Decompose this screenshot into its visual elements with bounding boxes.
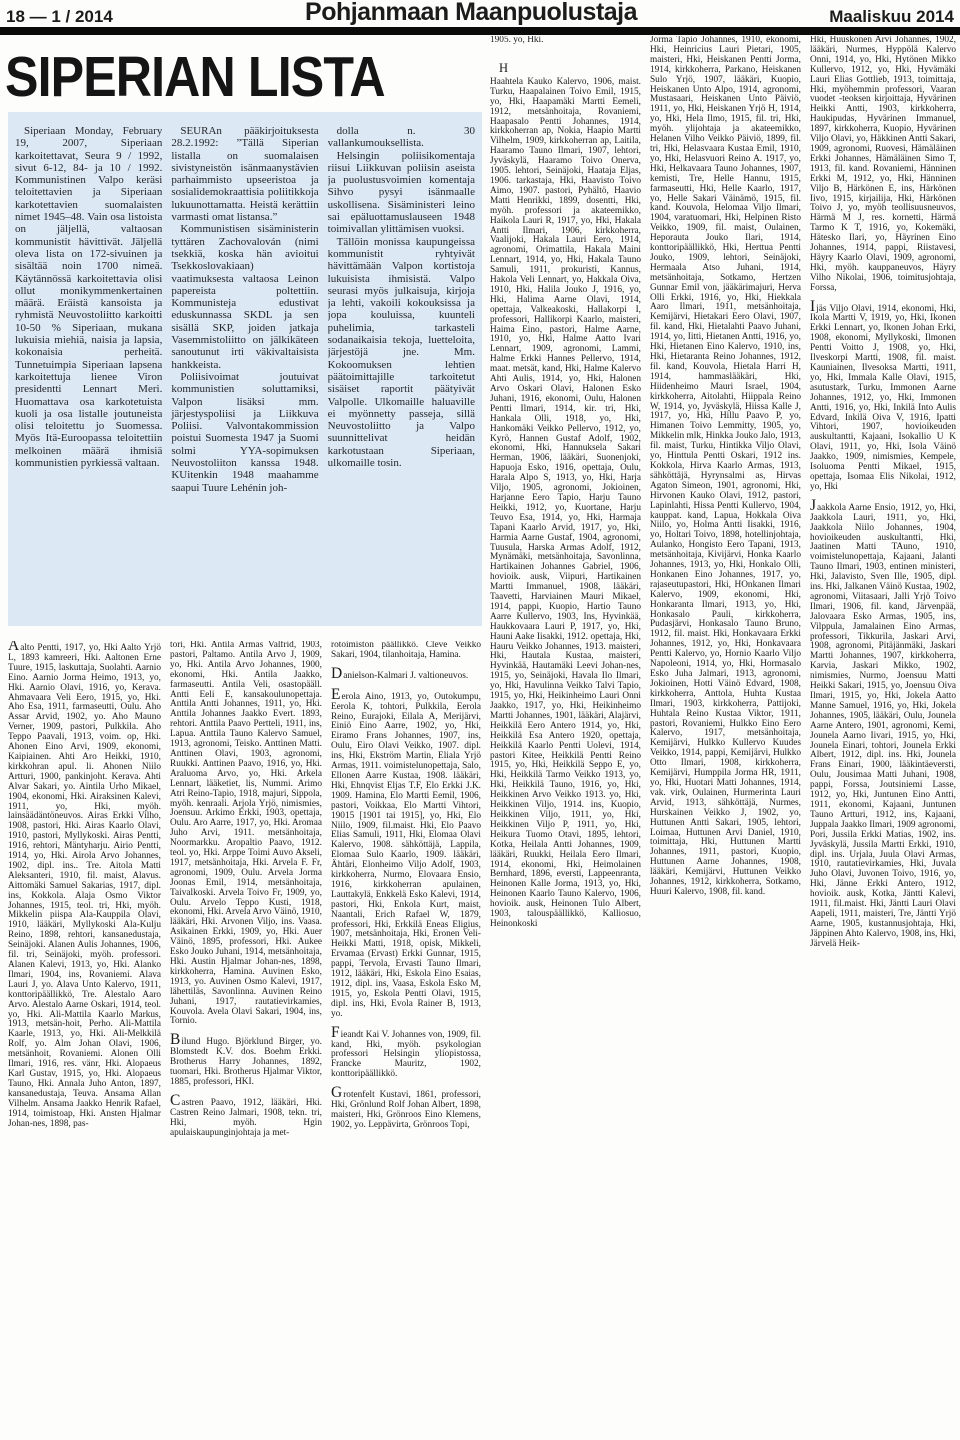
- names-paragraph: Jaakkola Aarne Ensio, 1912, yo, Hki, Jaa…: [810, 501, 956, 950]
- section-letter-heading: H: [490, 61, 641, 76]
- editorial-paragraph: SEURAn pääkirjoituksesta 28.2.1992: ”Täl…: [171, 125, 318, 223]
- names-paragraph: Aalto Pentti, 1917, yo, Hki Aalto Yrjö L…: [8, 641, 161, 1129]
- editorial-column-2: SEURAn pääkirjoituksesta 28.2.1992: ”Täl…: [171, 125, 318, 613]
- names-paragraph: Castren Paavo, 1912, lääkäri, Hki. Castr…: [170, 1096, 322, 1139]
- editorial-highlight-box: Siperiaan Monday, February 19, 2007, Sip…: [8, 112, 482, 626]
- article-title: SIPERIAN LISTA: [5, 44, 385, 110]
- list-column-6: Hki, Huuskonen Arvi Johannes, 1902, lääk…: [810, 36, 956, 1440]
- newspaper-title: Pohjanmaan Maanpuolustaja: [305, 0, 637, 27]
- names-paragraph: Jorma Tapio Johannes, 1910, ekonomi, Hki…: [650, 36, 801, 898]
- dropcap-letter: D: [331, 665, 343, 682]
- dropcap-letter: C: [170, 1092, 181, 1109]
- newspaper-page: 18 — 1 / 2014 Pohjanmaan Maanpuolustaja …: [0, 0, 960, 1440]
- list-column-4: 1905. yo, Hki.HHaahtela Kauko Kalervo, 1…: [490, 36, 641, 1440]
- names-paragraph: Hki, Huuskonen Arvi Johannes, 1902, lääk…: [810, 36, 956, 294]
- dropcap-letter: G: [331, 1084, 343, 1101]
- editorial-paragraph: Tällöin monissa kaupungeissa kommunistit…: [328, 236, 475, 470]
- editorial-paragraph: Poliisivoimat joutuivat kommunistien sol…: [171, 371, 318, 494]
- names-paragraph: Haahtela Kauko Kalervo, 1906, maist. Tur…: [490, 78, 641, 930]
- list-column-3: rotoimiston päällikkö. Cleve Veikko Saka…: [331, 641, 481, 1440]
- editorial-paragraph: dolla n. 30 vallankumouksellista.: [328, 125, 475, 150]
- editorial-paragraph: Kommunistisen sisäministerin tyttären Za…: [171, 223, 318, 371]
- list-column-1: Aalto Pentti, 1917, yo, Hki Aalto Yrjö L…: [8, 641, 161, 1440]
- editorial-paragraph: Siperiaan Monday, February 19, 2007, Sip…: [15, 125, 162, 469]
- names-paragraph: Danielson-Kalmari J. valtioneuvos.: [331, 669, 481, 682]
- names-paragraph: Bilund Hugo. Björklund Birger, yo. Bloms…: [170, 1035, 322, 1088]
- masthead-rule: [0, 27, 960, 35]
- issue-page-number: 18 — 1 / 2014: [6, 7, 113, 27]
- dropcap-letter: I: [810, 298, 816, 315]
- names-paragraph: tori, Hki. Antila Armas Valfrid, 1903, p…: [170, 641, 322, 1027]
- names-paragraph: Ijäs Viljo Olavi, 1914, ekonomi, Hki, Ik…: [810, 302, 956, 493]
- names-paragraph: Grotenfelt Kustavi, 1861, professori, Hk…: [331, 1088, 481, 1131]
- dropcap-letter: B: [170, 1031, 181, 1048]
- editorial-column-3: dolla n. 30 vallankumouksellista.Helsing…: [328, 125, 475, 613]
- editorial-paragraph: Helsingin poliisikomentaja riisui Liikku…: [328, 150, 475, 236]
- dropcap-letter: J: [810, 497, 817, 514]
- names-paragraph: Fieandt Kai V. Johannes von, 1909, fil. …: [331, 1028, 481, 1081]
- names-paragraph: Eerola Aino, 1913, yo, Outokumpu, Eerola…: [331, 690, 481, 1020]
- editorial-column-1: Siperiaan Monday, February 19, 2007, Sip…: [15, 125, 162, 613]
- names-paragraph: 1905. yo, Hki.: [490, 36, 641, 46]
- dropcap-letter: E: [331, 686, 341, 703]
- names-paragraph: rotoimiston päällikkö. Cleve Veikko Saka…: [331, 641, 481, 661]
- issue-date: Maaliskuu 2014: [829, 7, 954, 27]
- list-column-5: Jorma Tapio Johannes, 1910, ekonomi, Hki…: [650, 36, 801, 1440]
- dropcap-letter: F: [331, 1024, 341, 1041]
- dropcap-letter: A: [8, 641, 20, 654]
- masthead: 18 — 1 / 2014 Pohjanmaan Maanpuolustaja …: [0, 0, 960, 27]
- list-column-2: tori, Hki. Antila Armas Valfrid, 1903, p…: [170, 641, 322, 1440]
